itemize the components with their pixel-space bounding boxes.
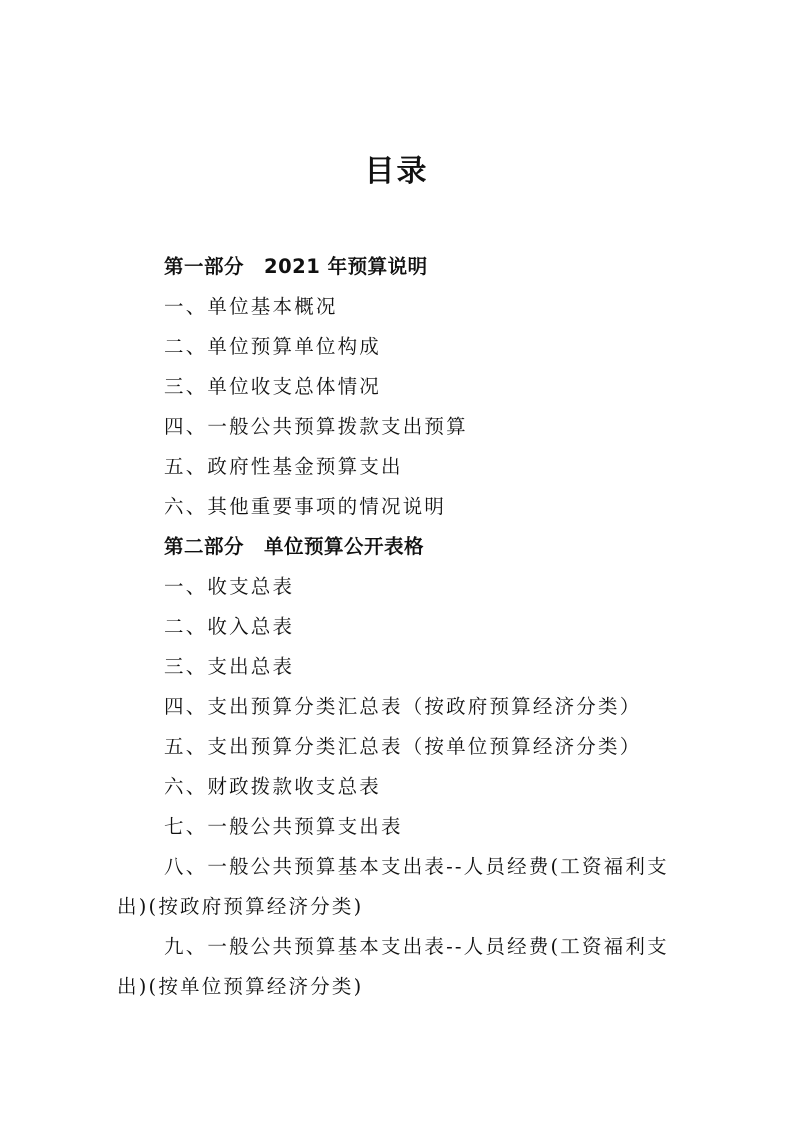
toc-section-heading-part-1[interactable]: 第一部分2021 年预算说明: [164, 255, 428, 279]
toc-item[interactable]: 五、支出预算分类汇总表（按单位预算经济分类）: [164, 735, 641, 759]
section-prefix: 第二部分: [164, 535, 244, 558]
section-title: 单位预算公开表格: [264, 535, 424, 558]
section-title: 2021 年预算说明: [264, 255, 428, 278]
toc-item[interactable]: 四、支出预算分类汇总表（按政府预算经济分类）: [164, 695, 641, 719]
toc-item-wrapped-line-2[interactable]: 出)(按政府预算经济分类): [117, 895, 363, 919]
toc-item[interactable]: 二、单位预算单位构成: [164, 335, 381, 359]
toc-item-wrapped-line-2[interactable]: 出)(按单位预算经济分类): [117, 975, 363, 999]
toc-item[interactable]: 六、其他重要事项的情况说明: [164, 495, 446, 519]
toc-item[interactable]: 一、单位基本概况: [164, 295, 338, 319]
toc-item[interactable]: 七、一般公共预算支出表: [164, 815, 403, 839]
toc-item[interactable]: 三、支出总表: [164, 655, 294, 679]
section-prefix: 第一部分: [164, 255, 244, 278]
toc-item[interactable]: 六、财政拨款收支总表: [164, 775, 381, 799]
toc-item[interactable]: 一、收支总表: [164, 575, 294, 599]
toc-item[interactable]: 四、一般公共预算拨款支出预算: [164, 415, 468, 439]
toc-section-heading-part-2[interactable]: 第二部分单位预算公开表格: [164, 535, 424, 559]
document-page: 目录 第一部分2021 年预算说明 一、单位基本概况 二、单位预算单位构成 三、…: [0, 0, 793, 1122]
toc-item[interactable]: 三、单位收支总体情况: [164, 375, 381, 399]
toc-item[interactable]: 五、政府性基金预算支出: [164, 455, 403, 479]
toc-item-wrapped-line-1[interactable]: 九、一般公共预算基本支出表--人员经费(工资福利支: [164, 935, 669, 959]
toc-item[interactable]: 二、收入总表: [164, 615, 294, 639]
toc-item-wrapped-line-1[interactable]: 八、一般公共预算基本支出表--人员经费(工资福利支: [164, 855, 669, 879]
page-title: 目录: [0, 146, 793, 190]
